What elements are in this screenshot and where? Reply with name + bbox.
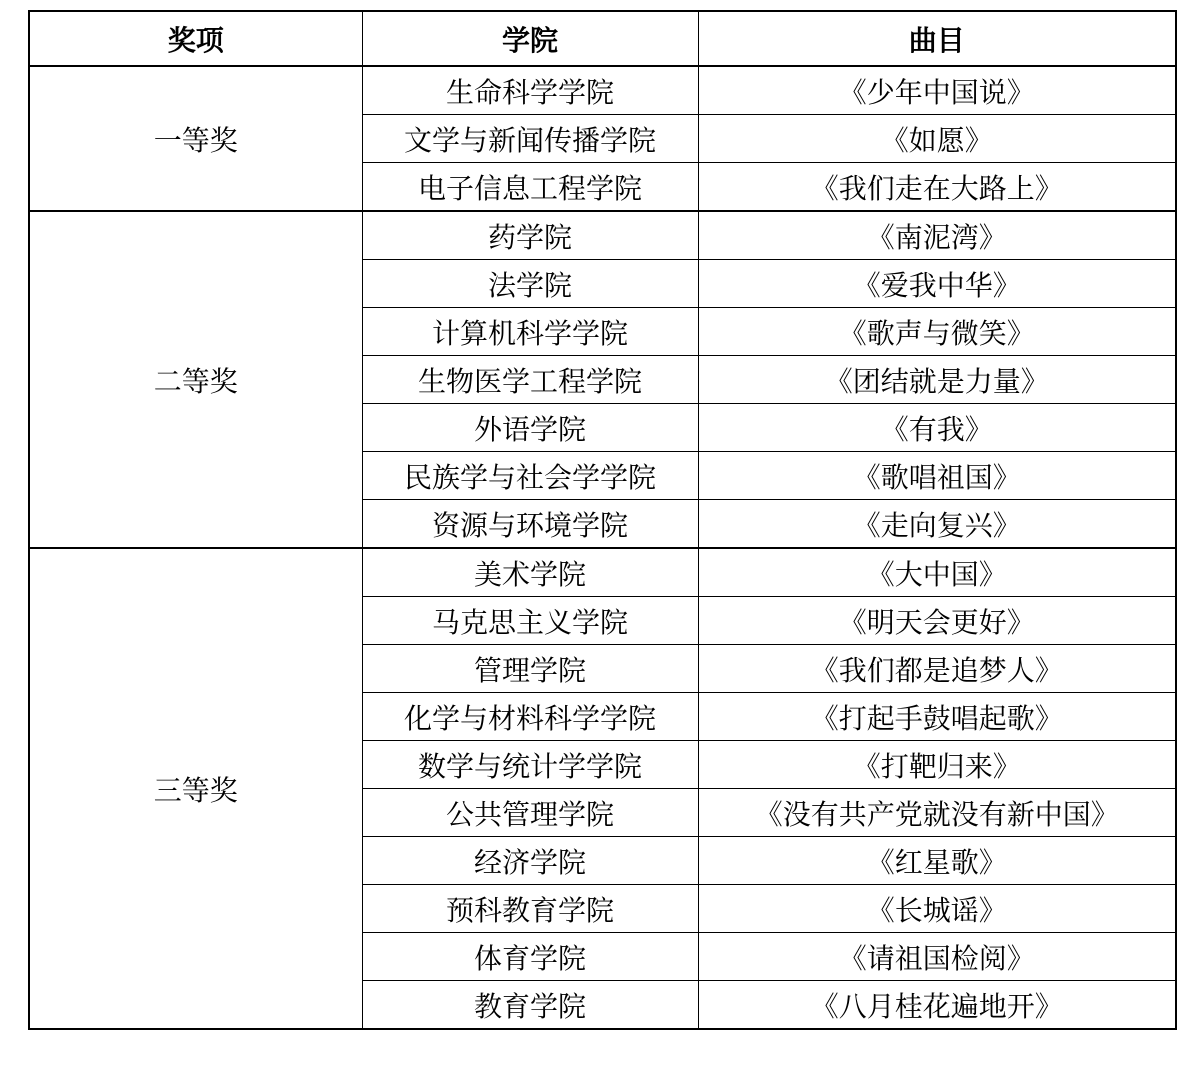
- college-cell: 经济学院: [362, 837, 698, 885]
- song-cell: 《大中国》: [698, 548, 1176, 597]
- song-cell: 《没有共产党就没有新中国》: [698, 789, 1176, 837]
- document-page: 奖项 学院 曲目 一等奖生命科学学院《少年中国说》文学与新闻传播学院《如愿》电子…: [0, 0, 1198, 1088]
- award-cell: 二等奖: [29, 211, 362, 548]
- song-cell: 《歌声与微笑》: [698, 308, 1176, 356]
- song-cell: 《请祖国检阅》: [698, 933, 1176, 981]
- song-cell: 《爱我中华》: [698, 260, 1176, 308]
- college-cell: 资源与环境学院: [362, 500, 698, 549]
- song-cell: 《八月桂花遍地开》: [698, 981, 1176, 1030]
- table-row: 三等奖美术学院《大中国》: [29, 548, 1176, 597]
- college-cell: 电子信息工程学院: [362, 163, 698, 212]
- header-row: 奖项 学院 曲目: [29, 11, 1176, 66]
- song-cell: 《长城谣》: [698, 885, 1176, 933]
- college-cell: 民族学与社会学学院: [362, 452, 698, 500]
- song-cell: 《有我》: [698, 404, 1176, 452]
- song-cell: 《走向复兴》: [698, 500, 1176, 549]
- header-award: 奖项: [29, 11, 362, 66]
- college-cell: 法学院: [362, 260, 698, 308]
- header-song: 曲目: [698, 11, 1176, 66]
- award-cell: 一等奖: [29, 66, 362, 211]
- song-cell: 《我们走在大路上》: [698, 163, 1176, 212]
- song-cell: 《红星歌》: [698, 837, 1176, 885]
- college-cell: 马克思主义学院: [362, 597, 698, 645]
- college-cell: 药学院: [362, 211, 698, 260]
- table-row: 一等奖生命科学学院《少年中国说》: [29, 66, 1176, 115]
- college-cell: 公共管理学院: [362, 789, 698, 837]
- header-college: 学院: [362, 11, 698, 66]
- song-cell: 《南泥湾》: [698, 211, 1176, 260]
- song-cell: 《明天会更好》: [698, 597, 1176, 645]
- song-cell: 《少年中国说》: [698, 66, 1176, 115]
- college-cell: 计算机科学学院: [362, 308, 698, 356]
- song-cell: 《团结就是力量》: [698, 356, 1176, 404]
- college-cell: 预科教育学院: [362, 885, 698, 933]
- award-cell: 三等奖: [29, 548, 362, 1029]
- song-cell: 《我们都是追梦人》: [698, 645, 1176, 693]
- college-cell: 外语学院: [362, 404, 698, 452]
- college-cell: 生命科学学院: [362, 66, 698, 115]
- college-cell: 生物医学工程学院: [362, 356, 698, 404]
- song-cell: 《歌唱祖国》: [698, 452, 1176, 500]
- college-cell: 管理学院: [362, 645, 698, 693]
- song-cell: 《如愿》: [698, 115, 1176, 163]
- awards-table: 奖项 学院 曲目 一等奖生命科学学院《少年中国说》文学与新闻传播学院《如愿》电子…: [28, 10, 1177, 1030]
- college-cell: 文学与新闻传播学院: [362, 115, 698, 163]
- college-cell: 美术学院: [362, 548, 698, 597]
- table-row: 二等奖药学院《南泥湾》: [29, 211, 1176, 260]
- college-cell: 体育学院: [362, 933, 698, 981]
- college-cell: 数学与统计学学院: [362, 741, 698, 789]
- college-cell: 教育学院: [362, 981, 698, 1030]
- college-cell: 化学与材料科学学院: [362, 693, 698, 741]
- song-cell: 《打起手鼓唱起歌》: [698, 693, 1176, 741]
- song-cell: 《打靶归来》: [698, 741, 1176, 789]
